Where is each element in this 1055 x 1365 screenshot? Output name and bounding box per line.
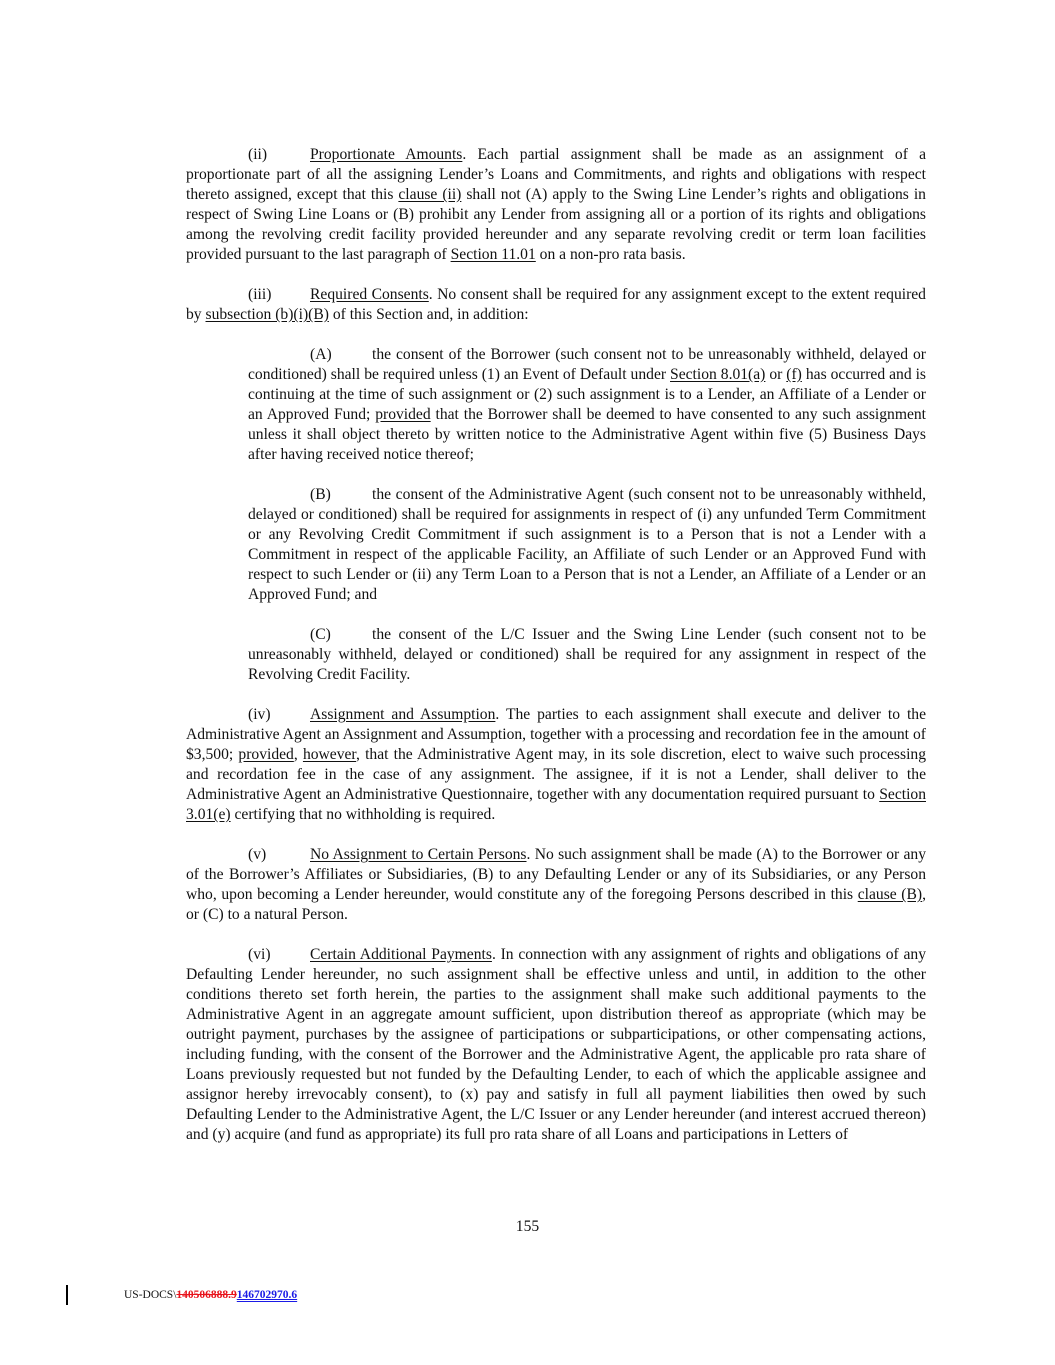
clause-label: (B) bbox=[310, 485, 372, 505]
cross-reference: provided bbox=[375, 406, 430, 423]
clause-text: , bbox=[294, 746, 303, 763]
clause-paragraph: (B)the consent of the Administrative Age… bbox=[248, 485, 926, 605]
clause-text: on a non-pro rata basis. bbox=[536, 246, 686, 263]
clause-text: certifying that no withholding is requir… bbox=[231, 806, 496, 823]
clause-paragraph: (vi)Certain Additional Payments. In conn… bbox=[186, 945, 926, 1145]
clause-paragraph: (ii)Proportionate Amounts. Each partial … bbox=[186, 145, 926, 265]
clause-paragraph: (iii)Required Consents. No consent shall… bbox=[186, 285, 926, 325]
cross-reference: however bbox=[303, 746, 356, 763]
clause-paragraph: (v)No Assignment to Certain Persons. No … bbox=[186, 845, 926, 925]
document-body: (ii)Proportionate Amounts. Each partial … bbox=[186, 145, 926, 1165]
clause-text: of this Section and, in addition: bbox=[329, 306, 529, 323]
footer-prefix: US-DOCS\ bbox=[124, 1289, 176, 1301]
clause-heading: Assignment and Assumption bbox=[310, 706, 495, 723]
clause-heading: Required Consents bbox=[310, 286, 429, 303]
clause-heading: Proportionate Amounts bbox=[310, 146, 462, 163]
cross-reference: clause (B) bbox=[858, 886, 922, 903]
clause-paragraph: (iv)Assignment and Assumption. The parti… bbox=[186, 705, 926, 825]
clause-label: (iv) bbox=[248, 705, 310, 725]
change-bar-marker bbox=[66, 1285, 68, 1305]
clause-label: (iii) bbox=[248, 285, 310, 305]
inserted-doc-id: 146702970.6 bbox=[237, 1289, 297, 1301]
clause-text: or bbox=[765, 366, 786, 383]
cross-reference: provided bbox=[238, 746, 293, 763]
cross-reference: subsection (b)(i)(B) bbox=[206, 306, 329, 323]
clause-label: (ii) bbox=[248, 145, 310, 165]
clause-heading: Certain Additional Payments bbox=[310, 946, 492, 963]
clause-label: (A) bbox=[310, 345, 372, 365]
clause-label: (v) bbox=[248, 845, 310, 865]
deleted-doc-id: 140506888.9 bbox=[176, 1289, 236, 1301]
cross-reference: (f) bbox=[786, 366, 802, 383]
clause-paragraph: (A)the consent of the Borrower (such con… bbox=[248, 345, 926, 465]
clause-text: . In connection with any assignment of r… bbox=[186, 946, 926, 1143]
clause-label: (C) bbox=[310, 625, 372, 645]
clause-paragraph: (C)the consent of the L/C Issuer and the… bbox=[248, 625, 926, 685]
cross-reference: clause (ii) bbox=[398, 186, 461, 203]
cross-reference: Section 8.01(a) bbox=[670, 366, 765, 383]
clause-heading: No Assignment to Certain Persons bbox=[310, 846, 527, 863]
document-footer-id: US-DOCS\140506888.9146702970.6 bbox=[124, 1288, 297, 1302]
clause-label: (vi) bbox=[248, 945, 310, 965]
cross-reference: Section 11.01 bbox=[451, 246, 536, 263]
page-number: 155 bbox=[0, 1218, 1055, 1236]
